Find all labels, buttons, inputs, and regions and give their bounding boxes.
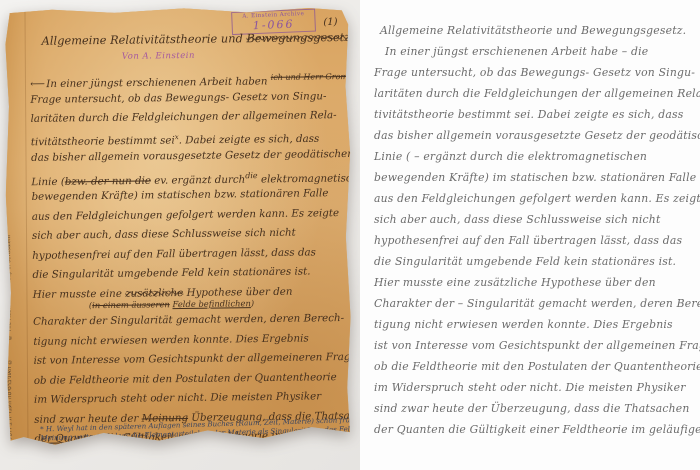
manuscript-text: Allgemeine Relativitätstheorie und Beweg… — [30, 28, 349, 449]
transcription-line: der Quanten die Gültigkeit einer Feldthe… — [374, 419, 698, 440]
manuscript-paper-shadow: A. Einstein Archive 1-066 (1) האוניברסיט… — [5, 8, 352, 451]
transcription-line: bewegenden Kräfte) im statischen bzw. st… — [374, 167, 698, 188]
copyright-english: © The Hebrew University of Jerusalem — [6, 235, 13, 340]
transcription-line: Frage untersucht, ob das Bewegungs- Gese… — [374, 62, 698, 83]
manuscript-line: aus den Feldgleichungen gefolgert werden… — [32, 204, 346, 227]
transcription-line: aus den Feldgleichungen gefolgert werden… — [374, 188, 698, 209]
page-number: (1) — [323, 17, 337, 28]
transcription-line: ob die Feldtheorie mit den Postulaten de… — [374, 356, 698, 377]
transcription-line: tivitätstheorie bestimmt sei. Dabei zeig… — [374, 104, 698, 125]
transcription-panel: Allgemeine Relativitätstheorie und Beweg… — [360, 0, 700, 470]
manuscript-photo-panel: A. Einstein Archive 1-066 (1) האוניברסיט… — [0, 0, 360, 470]
manuscript-comparison-view: A. Einstein Archive 1-066 (1) האוניברסיט… — [0, 0, 700, 470]
transcription-line: tigung nicht erwiesen werden konnte. Die… — [374, 314, 698, 335]
transcription-line: das bisher allgemein vorausgesetzte Gese… — [374, 125, 698, 146]
manuscript-paper: A. Einstein Archive 1-066 (1) האוניברסיט… — [3, 7, 353, 452]
transcription-line: Charakter der – Singularität gemacht wer… — [374, 293, 698, 314]
transcription-line: sind zwar heute der Überzeugung, dass di… — [374, 398, 698, 419]
transcription-line: hypothesenfrei auf den Fall übertragen l… — [374, 230, 698, 251]
transcription-line: ist von Interesse vom Gesichtspunkt der … — [374, 335, 698, 356]
footnote-line: abzuleiten versucht. — [41, 442, 350, 460]
transcription-line: die Singularität umgebende Feld kein sta… — [374, 251, 698, 272]
manuscript-line: die Singularität umgebende Feld kein sta… — [32, 262, 346, 285]
transcription-line: Hier musste eine zusätzliche Hypothese ü… — [374, 272, 698, 293]
transcription-line: im Widerspruch steht oder nicht. Die mei… — [374, 377, 698, 398]
copyright-vertical: האוניברסיטה העברית בירושלים © © The Hebr… — [6, 159, 14, 449]
copyright-hebrew: האוניברסיטה העברית בירושלים © — [7, 358, 14, 445]
transcription-line: sich aber auch, dass diese Schlussweise … — [374, 209, 698, 230]
transcription-line: In einer jüngst erschienenen Arbeit habe… — [374, 41, 698, 62]
transcription-line: Linie ( – ergänzt durch die elektromagne… — [374, 146, 698, 167]
manuscript-line: Allgemeine Relativitätstheorie und Beweg… — [30, 28, 344, 51]
transcription-text: Allgemeine Relativitätstheorie und Beweg… — [374, 20, 698, 440]
transcription-line: laritäten durch die Feldgleichungen der … — [374, 83, 698, 104]
transcription-line: Allgemeine Relativitätstheorie und Beweg… — [374, 20, 698, 41]
manuscript-footnote: * H. Weyl hat in den späteren Auflagen s… — [40, 416, 350, 460]
